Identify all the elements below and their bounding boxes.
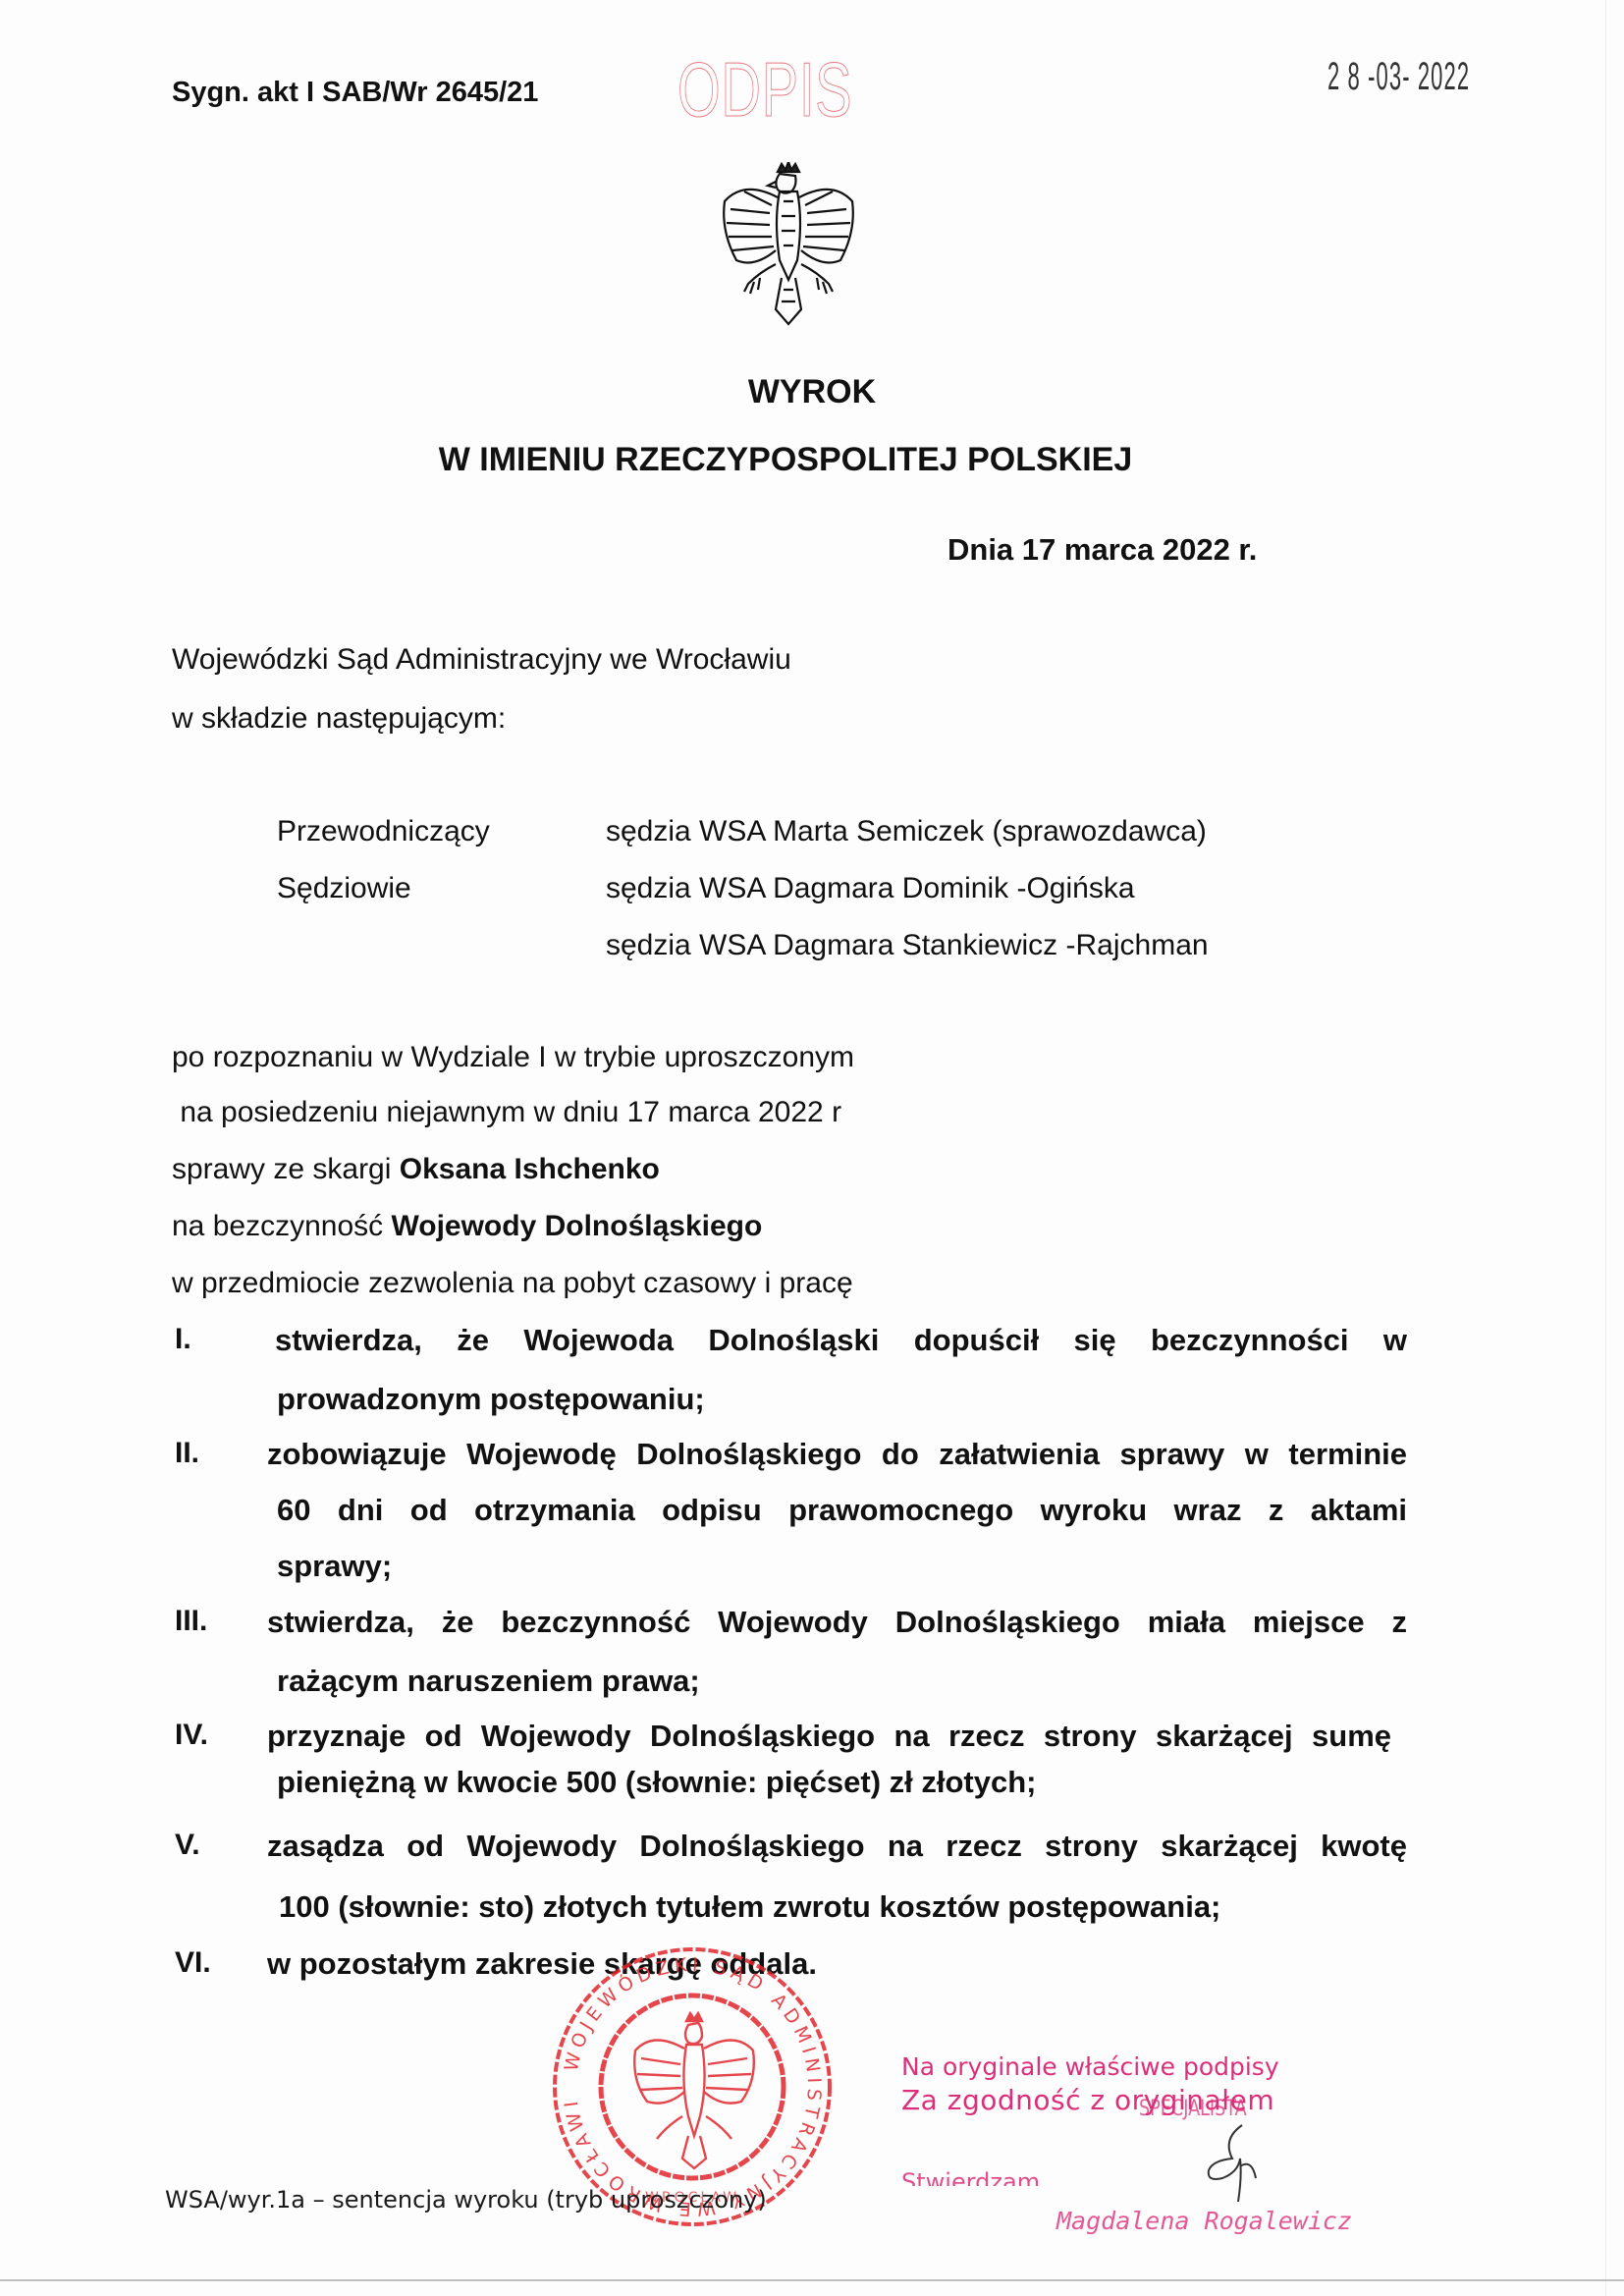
point-text: zasądza od Wojewody Dolnośląskiego na rz… [267, 1829, 1407, 1864]
copy-stamp: ODPIS [677, 45, 852, 135]
point-text: przyznaje od Wojewody Dolnośląskiego na … [267, 1719, 1391, 1754]
point-text: stwierdza, że bezczynność Wojewody Dolno… [267, 1605, 1407, 1640]
signature-scribble-icon [1203, 2119, 1272, 2208]
page-bottom-rule [0, 2279, 1624, 2281]
proceedings-line: po rozpoznaniu w Wydziale I w trybie upr… [172, 1041, 854, 1074]
respondent-prefix: na bezczynność [172, 1210, 391, 1242]
point-text: stwierdza, że Wojewoda Dolnośląski dopuś… [275, 1323, 1407, 1358]
point-number: III. [175, 1605, 207, 1638]
point-text: sprawy; [277, 1549, 392, 1584]
complainant-name: Oksana Ishchenko [400, 1153, 660, 1185]
proceedings-line: na posiedzeniu niejawnym w dniu 17 marca… [172, 1096, 841, 1129]
page-edge [1605, 0, 1606, 2296]
composition-judge: sędzia WSA Dagmara Stankiewicz -Rajchman [606, 929, 1209, 962]
certifier-name: Magdalena Rogalewicz [1056, 2207, 1352, 2235]
judgment-date: Dnia 17 marca 2022 r. [947, 532, 1257, 568]
certification-line: Stwierdzam [901, 2168, 1040, 2186]
point-number: IV. [175, 1719, 208, 1752]
point-number: I. [175, 1323, 191, 1356]
respondent-line: na bezczynność Wojewody Dolnośląskiego [172, 1210, 762, 1243]
point-text: 100 (słownie: sto) złotych tytułem zwrot… [279, 1889, 1220, 1925]
complainant-prefix: sprawy ze skargi [172, 1153, 400, 1185]
composition-judge: sędzia WSA Dagmara Dominik -Ogińska [606, 872, 1135, 905]
case-signature: Sygn. akt I SAB/Wr 2645/21 [172, 77, 538, 109]
point-text: 60 dni od otrzymania odpisu prawomocnego… [277, 1493, 1407, 1528]
form-footer: WSA/wyr.1a – sentencja wyroku (tryb upro… [165, 2186, 767, 2214]
point-number: VI. [175, 1946, 211, 1980]
respondent-name: Wojewody Dolnośląskiego [391, 1210, 762, 1242]
point-text: rażącym naruszeniem prawa; [277, 1664, 700, 1699]
point-text: pieniężną w kwocie 500 (słownie: pięćset… [277, 1765, 1037, 1800]
composition-intro: w składzie następującym: [172, 702, 506, 736]
composition-role: Przewodniczący [277, 815, 490, 848]
point-number: V. [175, 1829, 200, 1862]
point-number: II. [175, 1437, 199, 1470]
complainant-line: sprawy ze skargi Oksana Ishchenko [172, 1153, 660, 1186]
document-subtitle: W IMIENIU RZECZYPOSPOLITEJ POLSKIEJ [388, 441, 1183, 479]
point-text: prowadzonym postępowaniu; [277, 1382, 705, 1417]
polish-eagle-emblem-icon [715, 162, 862, 329]
composition-judge: sędzia WSA Marta Semiczek (sprawozdawca) [606, 815, 1207, 848]
specialist-stamp: SPECJALISTA [1139, 2097, 1247, 2121]
court-name: Wojewódzki Sąd Administracyjny we Wrocła… [172, 643, 791, 677]
certification-line: Na oryginale właściwe podpisy [901, 2052, 1279, 2081]
document-title: WYROK [0, 373, 1624, 411]
received-date-stamp: 2 8 -03- 2022 [1327, 55, 1470, 99]
composition-role: Sędziowie [277, 872, 411, 905]
point-text: zobowiązuje Wojewodę Dolnośląskiego do z… [267, 1437, 1407, 1472]
subject-line: w przedmiocie zezwolenia na pobyt czasow… [172, 1267, 853, 1300]
